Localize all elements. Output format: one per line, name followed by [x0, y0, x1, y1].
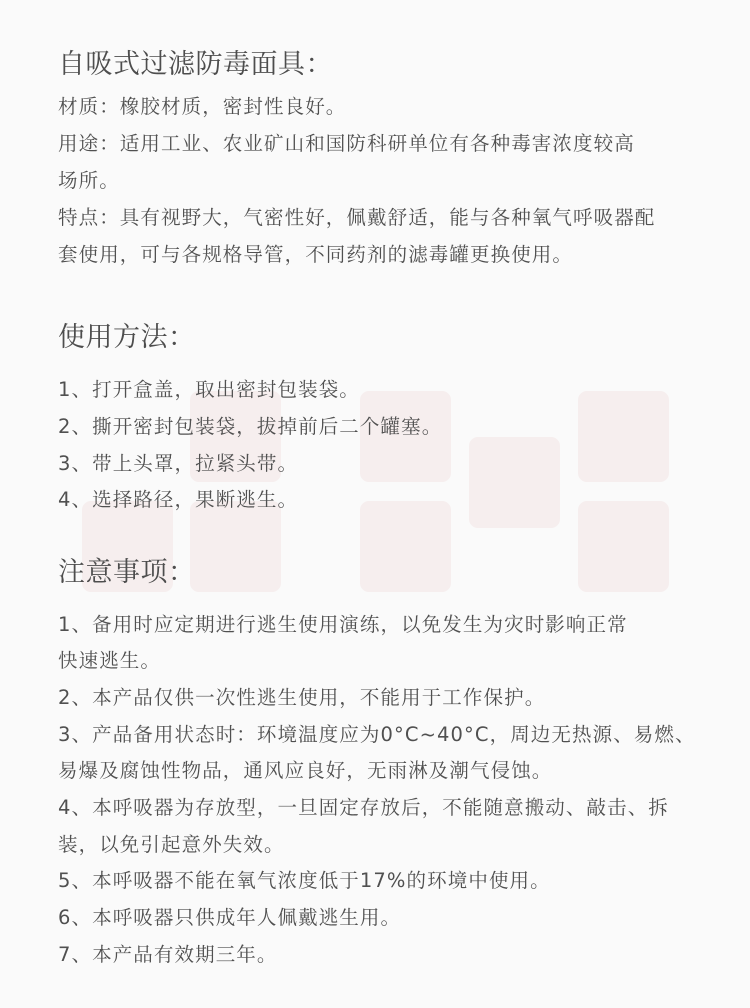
watermark-tile [578, 501, 669, 592]
instruction-step: 2、撕开密封包装袋，拔掉前后二个罐塞。 [58, 417, 442, 437]
section-title-notes: 注意事项： [58, 559, 196, 586]
note-item: 3、产品备用状态时：环境温度应为0°C~40°C，周边无热源、易燃、 [58, 725, 696, 745]
usage-line: 用途：适用工业、农业矿山和国防科研单位有各种毒害浓度较高 [58, 134, 635, 154]
material-line: 材质：橡胶材质，密封性良好。 [58, 97, 346, 117]
section-title-product: 自吸式过滤防毒面具： [58, 51, 333, 78]
features-line: 特点：具有视野大，气密性好，佩戴舒适，能与各种氧气呼吸器配 [58, 208, 655, 228]
watermark-tile [190, 501, 281, 592]
note-item: 6、本呼吸器只供成年人佩戴逃生用。 [58, 908, 401, 928]
instruction-step: 3、带上头罩，拉紧头带。 [58, 454, 298, 474]
watermark-tile [360, 501, 451, 592]
usage-line-cont: 场所。 [58, 171, 120, 191]
note-item-cont: 装，以免引起意外失效。 [58, 835, 285, 855]
note-item: 5、本呼吸器不能在氧气浓度低于17%的环境中使用。 [58, 871, 551, 891]
note-item-cont: 易爆及腐蚀性物品，通风应良好，无雨淋及潮气侵蚀。 [58, 761, 552, 781]
instruction-step: 1、打开盒盖，取出密封包装袋。 [58, 380, 360, 400]
note-item: 4、本呼吸器为存放型，一旦固定存放后，不能随意搬动、敲击、拆 [58, 798, 669, 818]
section-title-instructions: 使用方法： [58, 324, 196, 351]
instruction-step: 4、选择路径，果断逃生。 [58, 490, 298, 510]
note-item: 7、本产品有效期三年。 [58, 945, 278, 965]
watermark-tile [469, 437, 560, 528]
features-line-cont: 套使用，可与各规格导管，不同药剂的滤毒罐更换使用。 [58, 245, 573, 265]
note-item: 1、备用时应定期进行逃生使用演练，以免发生为灾时影响正常 [58, 615, 628, 635]
note-item-cont: 快速逃生。 [58, 651, 161, 671]
watermark-tile [578, 391, 669, 482]
note-item: 2、本产品仅供一次性逃生使用，不能用于工作保护。 [58, 688, 545, 708]
